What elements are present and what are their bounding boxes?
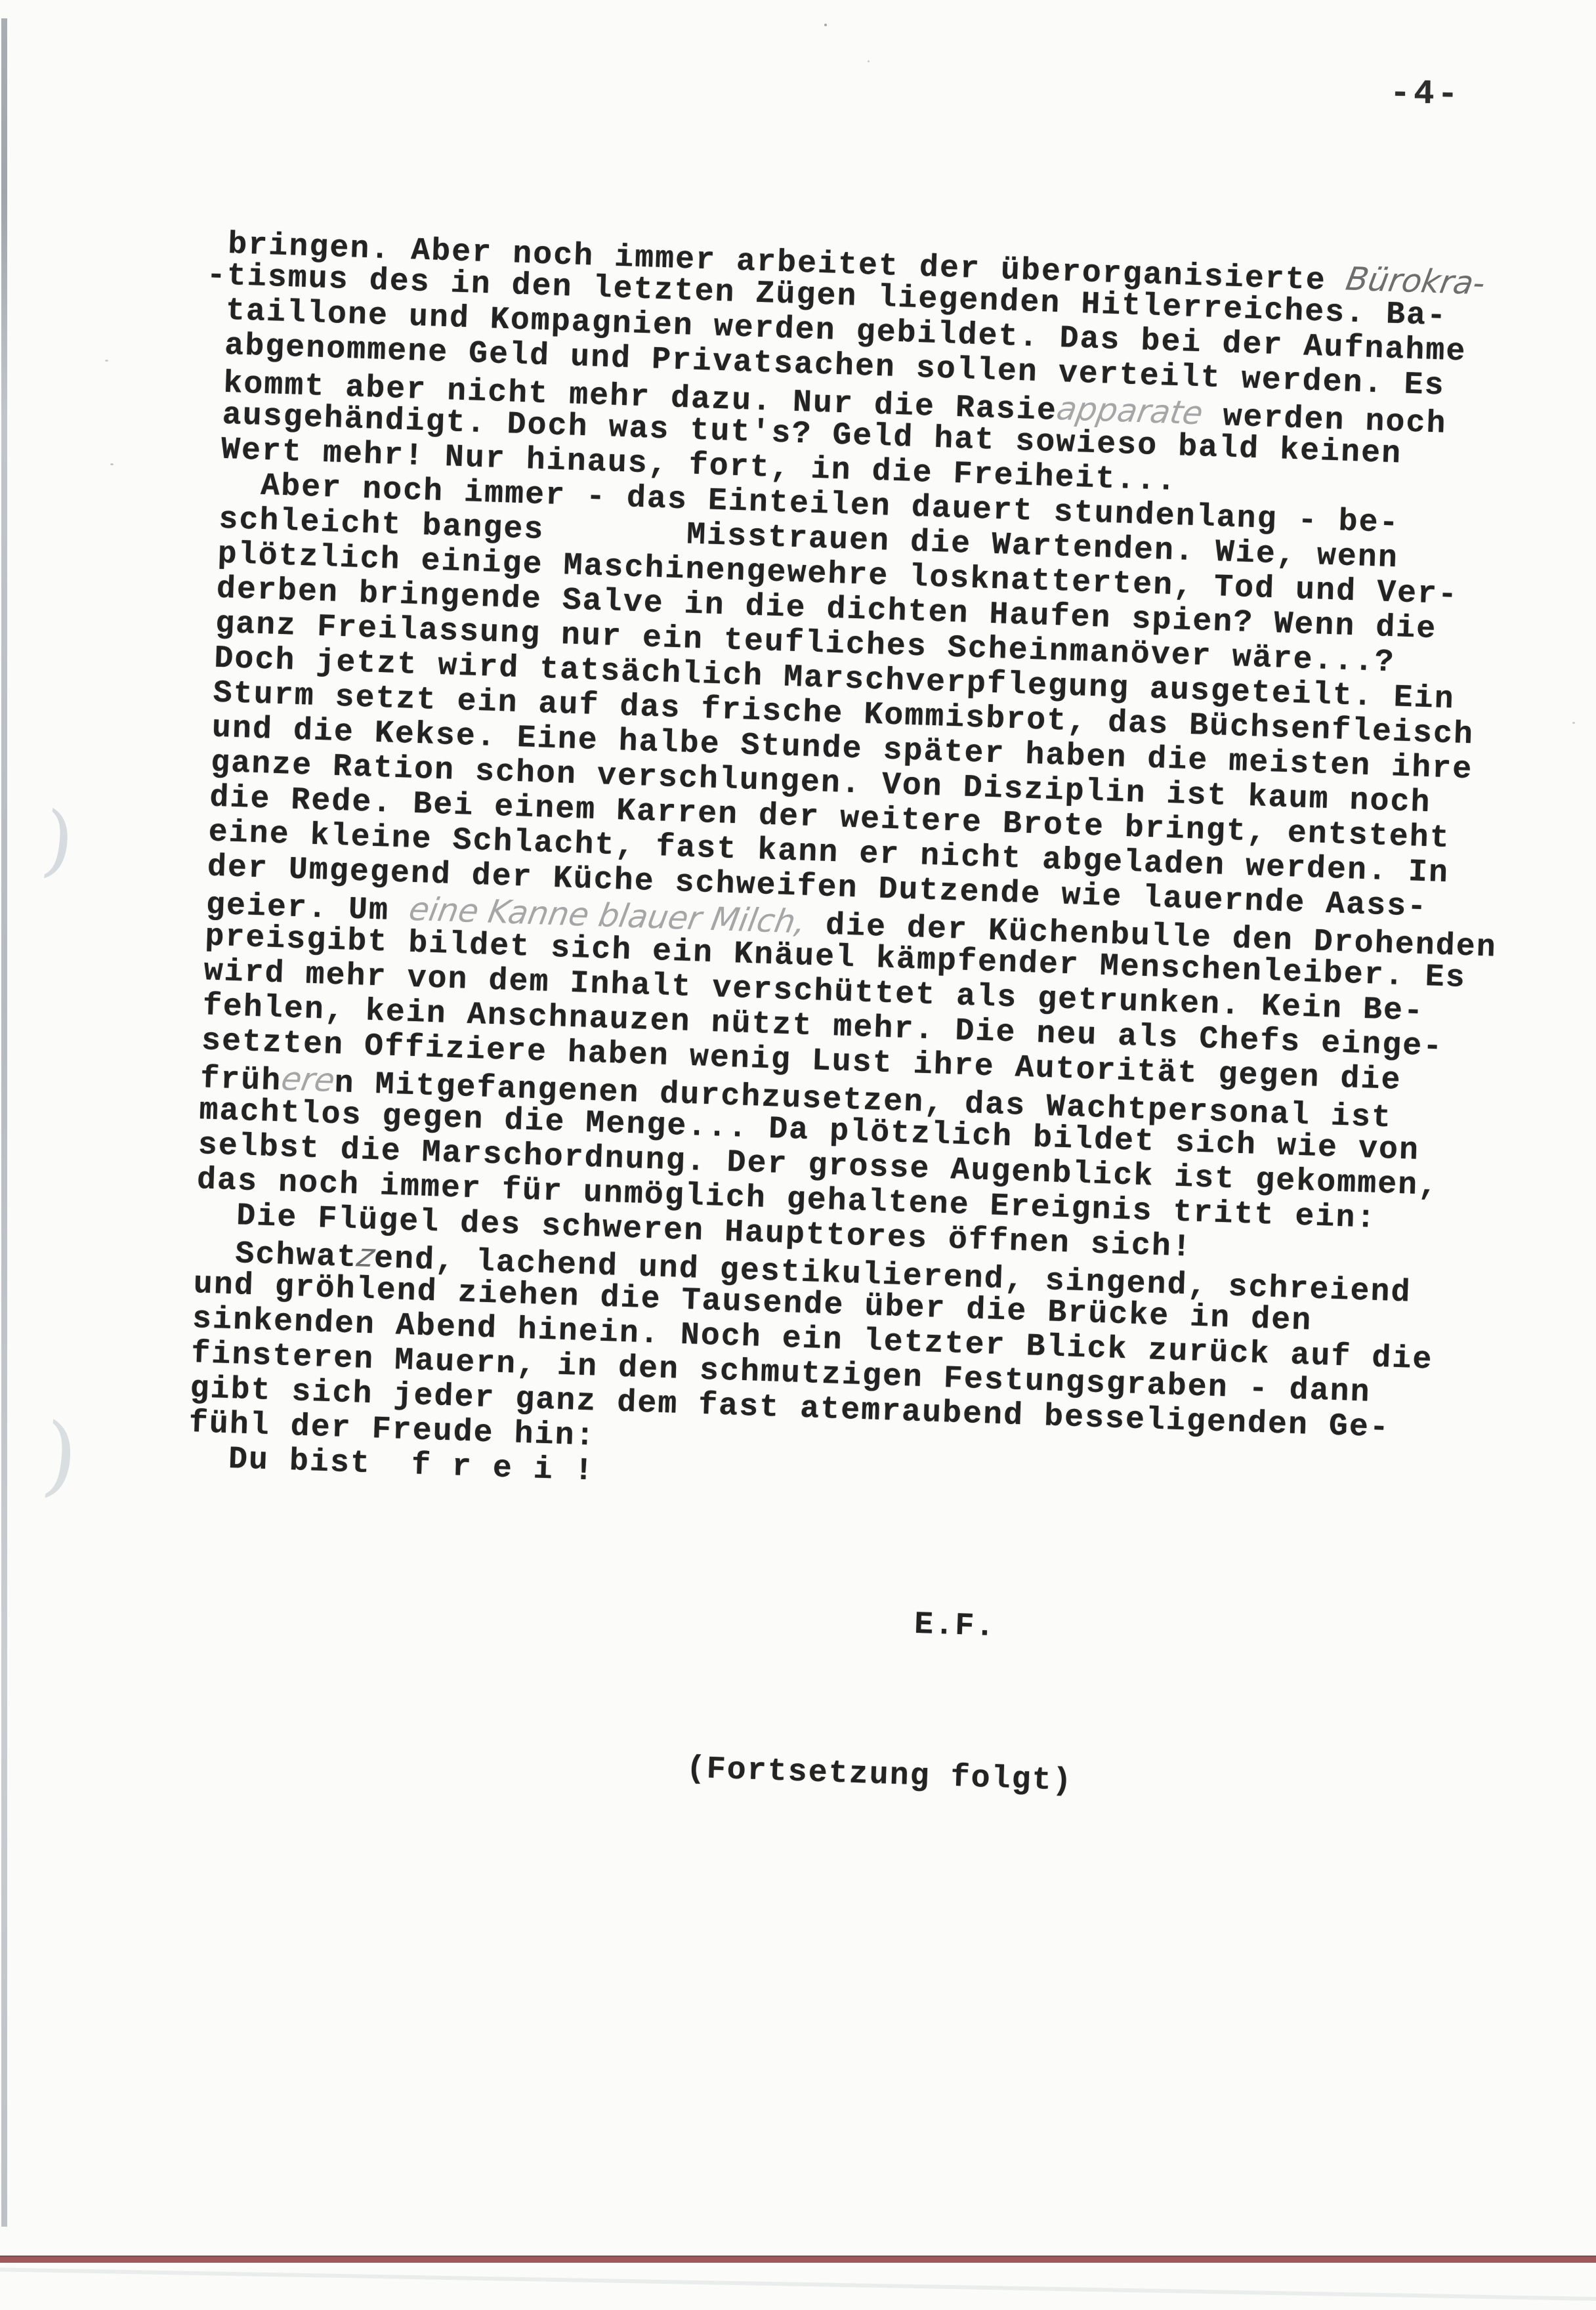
scan-speck [868,60,870,62]
handwritten-annotation: Bürokra- [1343,262,1488,301]
typewritten-text: bringen. Aber noch immer arbeitet der üb… [177,155,1563,1849]
continuation-note: (Fortsetzung folgt) [177,1735,1510,1814]
margin-mark: ) [38,794,79,888]
margin-mark: ) [38,1404,82,1509]
signature-initials: E.F. [182,1584,1515,1662]
scan-speck [824,24,827,26]
scan-bottom-edge [0,2256,1596,2263]
scan-speck [105,360,108,362]
scan-speck [110,463,114,465]
scan-speck [1572,722,1575,724]
paper-edge-shadow [0,2267,1596,2301]
page-number: -4- [1389,74,1461,114]
scanned-document-page: { "document": { "page_number": "-4-", "s… [0,0,1596,2310]
handwritten-annotation: ere [279,1061,338,1097]
handwritten-annotation: apparate [1054,391,1206,430]
lines-container: bringen. Aber noch immer arbeitet der üb… [187,224,1560,1520]
scan-edge-artifact [1,18,7,2227]
